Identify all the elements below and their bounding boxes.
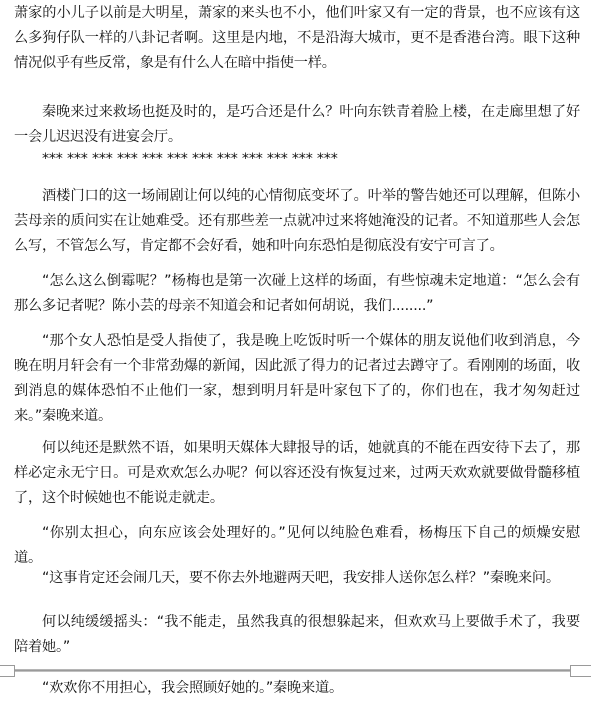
page-margin-marker-left: [0, 665, 15, 677]
paragraph-10: “欢欢你不用担心，我会照顾好她的。”秦晚来道。: [14, 676, 580, 701]
paragraph-1: 萧家的小儿子以前是大明星，萧家的来头也不小，他们叶家又有一定的背景，也不应该有这…: [14, 1, 580, 76]
paragraph-7: “你别太担心，向东应该会处理好的。”见何以纯脸色难看，杨梅压下自己的烦燥安慰道。: [14, 521, 580, 571]
paragraph-5: “那个女人恐怕是受人指使了，我是晚上吃饭时听一个媒体的朋友说他们收到消息，今晚在…: [14, 329, 580, 429]
paragraph-3: 酒楼门口的这一场闹剧让何以纯的心情彻底变坏了。叶举的警告她还可以理解，但陈小芸母…: [14, 184, 580, 259]
paragraph-8: “这事肯定还会闹几天，要不你去外地避两天吧，我安排人送你怎么样？”秦晚来问。: [14, 566, 580, 591]
section-separator: *** *** *** *** *** *** *** *** *** *** …: [14, 147, 580, 172]
paragraph-4: “怎么这么倒霉呢？”杨梅也是第一次碰上这样的场面，有些惊魂未定地道：“怎么会有那…: [14, 269, 580, 319]
paragraph-2: 秦晚来过来救场也挺及时的，是巧合还是什么？叶向东铁青着脸上楼，在走廊里想了好一会…: [14, 100, 580, 150]
paragraph-6: 何以纯还是默然不语，如果明天媒体大肆报导的话，她就真的不能在西安待下去了，那样必…: [14, 436, 580, 511]
page-break-line: [0, 669, 591, 672]
paragraph-9: 何以纯缓缓摇头：“我不能走，虽然我真的很想躲起来，但欢欢马上要做手术了，我要陪着…: [14, 610, 580, 660]
